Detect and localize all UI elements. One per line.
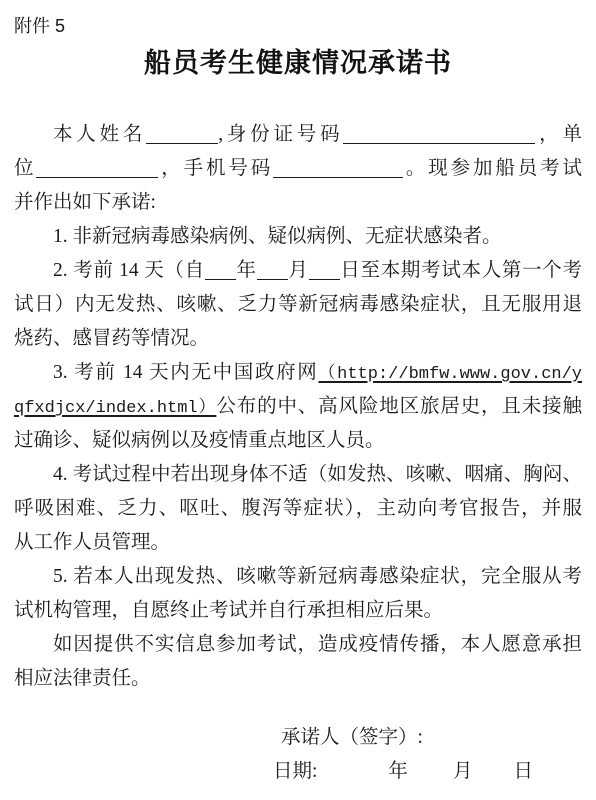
date-month-label: 月 (453, 761, 473, 782)
intro-line-3: 并作出如下承诺: (14, 186, 582, 220)
phone-blank-field (273, 156, 403, 178)
intro-line-2: 位，手机号码。现参加船员考试 (14, 152, 582, 186)
year-blank-field (205, 258, 236, 280)
item4-line-2: 呼吸困难、乏力、呕吐、腹泻等症状），主动向考官报告，并服 (14, 492, 582, 526)
date-year-label: 年 (388, 761, 408, 782)
item3-text-start: 3. 考前 14 天内无中国政府网 (53, 362, 318, 383)
item4-line-1: 4. 考试过程中若出现身体不适（如发热、咳嗽、咽痛、胸闷、 (14, 458, 582, 492)
item2-line-2: 试日）内无发热、咳嗽、乏力等新冠病毒感染症状，且无服用退 (14, 288, 582, 322)
attachment-label: 附件 5 (14, 12, 65, 38)
idcard-label: ,身份证号码 (218, 124, 343, 145)
item2-text-start: 2. 考前 14 天（自 (53, 260, 205, 281)
name-blank-field (146, 122, 218, 144)
month-blank-field (257, 258, 288, 280)
gov-url-part2: qfxdjcx/index.html） (14, 399, 216, 418)
page-title: 船员考生健康情况承诺书 (0, 41, 596, 80)
intro-exam-text: 。现参加船员考试 (403, 158, 582, 179)
date-day-label: 日 (513, 761, 533, 782)
year-unit-label: 年 (236, 260, 257, 281)
item5-line-2: 试机构管理，自愿终止考试并自行承担相应后果。 (14, 594, 582, 628)
phone-label: ，手机号码 (158, 158, 273, 179)
item4-line-3: 从工作人员管理。 (14, 526, 582, 560)
signature-signer-line: 承诺人（签字）: (0, 721, 596, 755)
gov-url-part1: （http://bmfw.www.gov.cn/y (318, 365, 582, 384)
item2-text-end: 日至本期考试本人第一个考 (340, 260, 582, 281)
intro-line-1: 本人姓名,身份证号码，单 (14, 118, 582, 152)
item2-line-3: 烧药、感冒药等情况。 (14, 322, 582, 356)
signature-date-line: 日期:年月日 (0, 755, 596, 789)
unit-blank-field (36, 156, 158, 178)
document-body: 本人姓名,身份证号码，单 位，手机号码。现参加船员考试 并作出如下承诺: 1. … (14, 118, 582, 696)
item2-line-1: 2. 考前 14 天（自年月日至本期考试本人第一个考 (14, 254, 582, 288)
idcard-blank-field (343, 122, 535, 144)
unit-label-end: 位 (14, 158, 36, 179)
unit-label-start: ，单 (535, 124, 582, 145)
signer-label: 承诺人（签字）: (281, 727, 423, 748)
date-label: 日期: (273, 761, 317, 782)
item3-line-3: 过确诊、疑似病例以及疫情重点地区人员。 (14, 424, 582, 458)
item3-text-mid: 公布的中、高风险地区旅居史，且未接触 (216, 396, 582, 417)
document-page: 附件 5 船员考生健康情况承诺书 本人姓名,身份证号码，单 位，手机号码。现参加… (0, 0, 596, 800)
item1-line: 1. 非新冠病毒感染病例、疑似病例、无症状感染者。 (14, 220, 582, 254)
item3-line-1: 3. 考前 14 天内无中国政府网（http://bmfw.www.gov.cn… (14, 356, 582, 390)
month-unit-label: 月 (288, 260, 309, 281)
day-blank-field (309, 258, 340, 280)
closing-line-1: 如因提供不实信息参加考试，造成疫情传播，本人愿意承担 (14, 628, 582, 662)
name-label: 本人姓名 (53, 124, 146, 145)
closing-line-2: 相应法律责任。 (14, 662, 582, 696)
item3-line-2: qfxdjcx/index.html）公布的中、高风险地区旅居史，且未接触 (14, 390, 582, 424)
item5-line-1: 5. 若本人出现发热、咳嗽等新冠病毒感染症状，完全服从考 (14, 560, 582, 594)
